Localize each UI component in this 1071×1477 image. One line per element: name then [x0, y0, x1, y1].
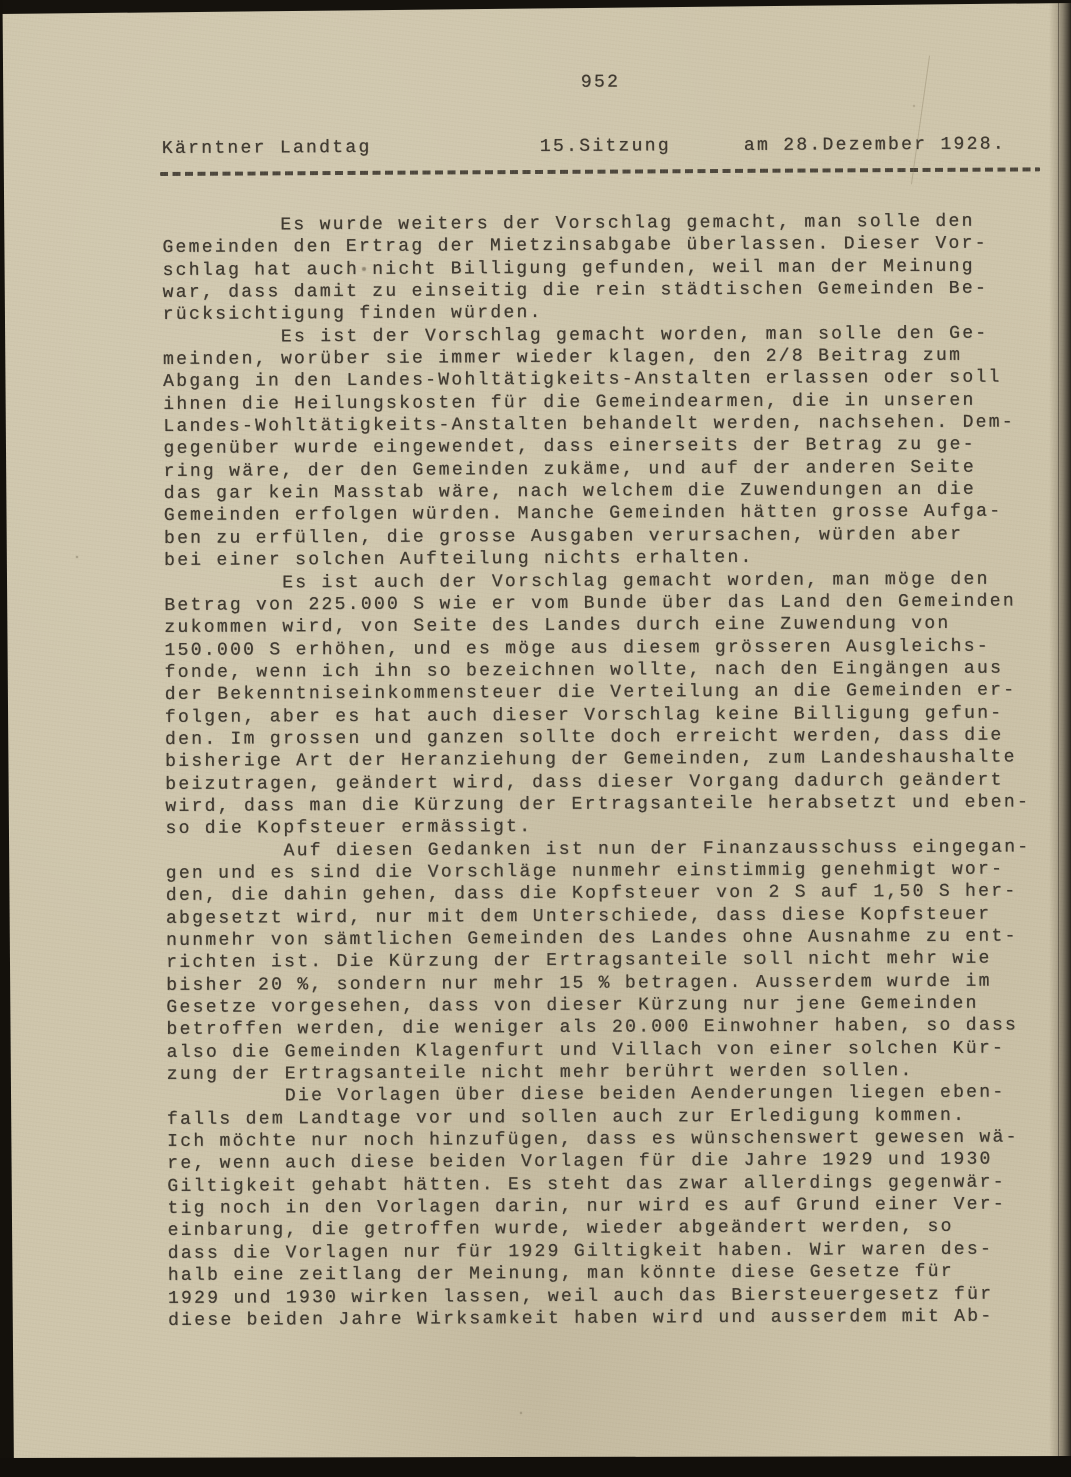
text-line: also die Gemeinden Klagenfurt und Villac… — [167, 1037, 1049, 1064]
dashed-rule — [160, 167, 1040, 176]
text-line: diese beiden Jahre Wirksamkeit haben wir… — [168, 1305, 1050, 1332]
scan-edge-right — [1049, 0, 1071, 1477]
page-header: Kärntner Landtag 15.Sitzung am 28.Dezemb… — [162, 133, 1040, 162]
scan-edge-bottom — [0, 1456, 1071, 1477]
page-content: 952 Kärntner Landtag 15.Sitzung am 28.De… — [0, 0, 1071, 1477]
header-session: 15.Sitzung — [540, 135, 671, 158]
body-text: Es wurde weiters der Vorschlag gemacht, … — [162, 210, 1050, 1332]
scanned-page: 952 Kärntner Landtag 15.Sitzung am 28.De… — [0, 0, 1071, 1477]
header-date: am 28.Dezember 1928. — [744, 134, 1006, 158]
page-number: 952 — [162, 69, 1040, 96]
scan-edge-right-line — [1058, 0, 1060, 1477]
header-title: Kärntner Landtag — [162, 137, 372, 160]
